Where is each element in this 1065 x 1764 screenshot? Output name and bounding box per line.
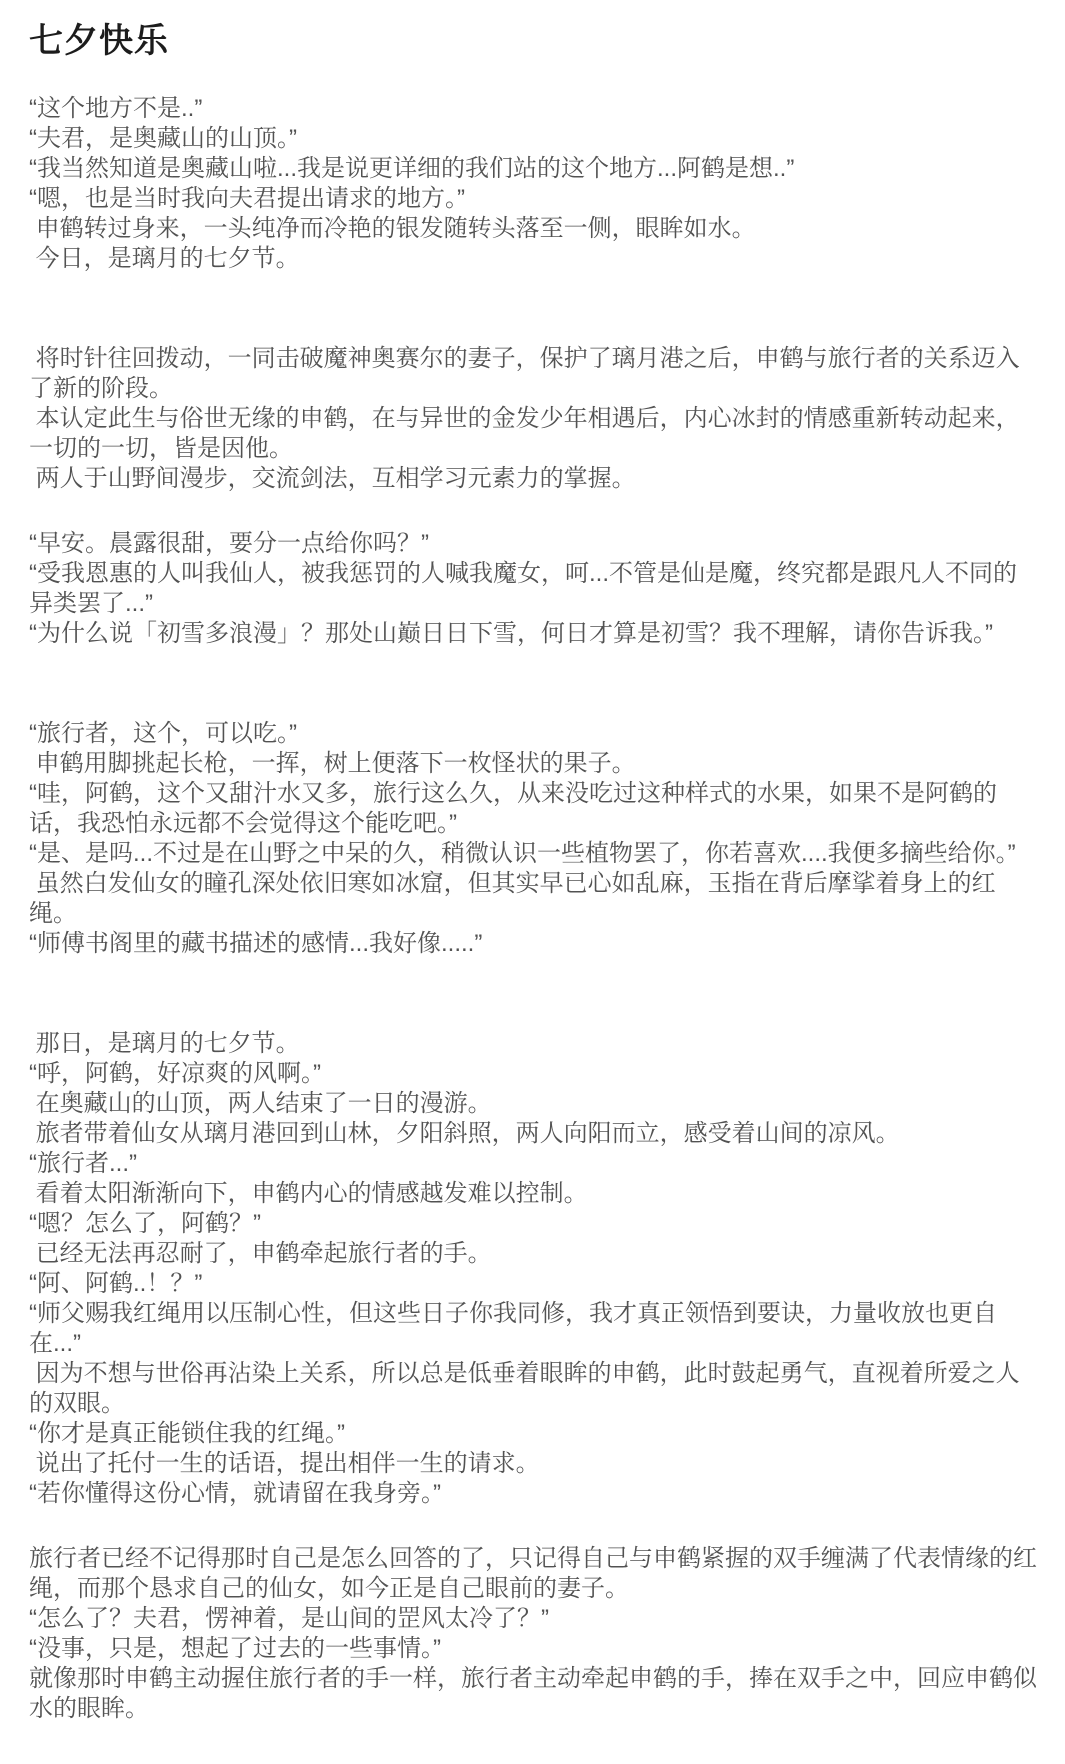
- story-body: “这个地方不是..”“夫君，是奥藏山的山顶。”“我当然知道是奥藏山啦...我是说…: [29, 94, 1037, 1724]
- story-line: “旅行者，这个，可以吃。”: [29, 719, 1037, 749]
- story-line: “你才是真正能锁住我的红绳。”: [29, 1419, 1037, 1449]
- story-line: “没事，只是，想起了过去的一些事情。”: [29, 1634, 1037, 1664]
- blank-line: [29, 494, 1037, 529]
- story-line: “若你懂得这份心情，就请留在我身旁。”: [29, 1479, 1037, 1509]
- story-line: “是、是吗...不过是在山野之中呆的久，稍微认识一些植物罢了，你若喜欢....我…: [29, 839, 1037, 869]
- story-line: “阿、阿鹤..！？”: [29, 1269, 1037, 1299]
- blank-line: [29, 309, 1037, 344]
- story-line: 在奥藏山的山顶，两人结束了一日的漫游。: [29, 1089, 1037, 1119]
- story-line: 旅行者已经不记得那时自己是怎么回答的了，只记得自己与申鹤紧握的双手缠满了代表情缘…: [29, 1544, 1037, 1604]
- story-line: “哇，阿鹤，这个又甜汁水又多，旅行这么久，从来没吃过这种样式的水果，如果不是阿鹤…: [29, 779, 1037, 839]
- story-line: 本认定此生与俗世无缘的申鹤，在与异世的金发少年相遇后，内心冰封的情感重新转动起来…: [29, 404, 1037, 464]
- blank-line: [29, 274, 1037, 309]
- document-content: 七夕快乐 “这个地方不是..”“夫君，是奥藏山的山顶。”“我当然知道是奥藏山啦.…: [0, 0, 1065, 1764]
- story-line: “旅行者...”: [29, 1149, 1037, 1179]
- story-line: “这个地方不是..”: [29, 94, 1037, 124]
- story-line: 因为不想与世俗再沾染上关系，所以总是低垂着眼眸的申鹤，此时鼓起勇气，直视着所爱之…: [29, 1359, 1037, 1419]
- story-line: 申鹤转过身来，一头纯净而冷艳的银发随转头落至一侧，眼眸如水。: [29, 214, 1037, 244]
- story-line: “受我恩惠的人叫我仙人，被我惩罚的人喊我魔女，呵...不管是仙是魔，终究都是跟凡…: [29, 559, 1037, 619]
- story-line: 虽然白发仙女的瞳孔深处依旧寒如冰窟，但其实早已心如乱麻，玉指在背后摩挲着身上的红…: [29, 869, 1037, 929]
- story-line: “师傅书阁里的藏书描述的感情...我好像.....”: [29, 929, 1037, 959]
- page: { "page": { "title": "七夕快乐", "title_colo…: [0, 0, 1065, 1764]
- blank-line: [29, 1509, 1037, 1544]
- page-title: 七夕快乐: [29, 22, 1037, 60]
- blank-line: [29, 684, 1037, 719]
- story-line: 说出了托付一生的话语，提出相伴一生的请求。: [29, 1449, 1037, 1479]
- story-line: “夫君，是奥藏山的山顶。”: [29, 124, 1037, 154]
- story-line: 已经无法再忍耐了，申鹤牵起旅行者的手。: [29, 1239, 1037, 1269]
- story-line: 那日，是璃月的七夕节。: [29, 1029, 1037, 1059]
- story-line: 今日，是璃月的七夕节。: [29, 244, 1037, 274]
- story-line: “嗯，也是当时我向夫君提出请求的地方。”: [29, 184, 1037, 214]
- story-line: “我当然知道是奥藏山啦...我是说更详细的我们站的这个地方...阿鹤是想..”: [29, 154, 1037, 184]
- story-line: “师父赐我红绳用以压制心性，但这些日子你我同修，我才真正领悟到要诀，力量收放也更…: [29, 1299, 1037, 1359]
- story-line: 旅者带着仙女从璃月港回到山林，夕阳斜照，两人向阳而立，感受着山间的凉风。: [29, 1119, 1037, 1149]
- story-line: “呼，阿鹤，好凉爽的风啊。”: [29, 1059, 1037, 1089]
- story-line: “嗯？怎么了，阿鹤？”: [29, 1209, 1037, 1239]
- story-line: 申鹤用脚挑起长枪，一挥，树上便落下一枚怪状的果子。: [29, 749, 1037, 779]
- story-line: “早安。晨露很甜，要分一点给你吗？”: [29, 529, 1037, 559]
- blank-line: [29, 994, 1037, 1029]
- story-line: 看着太阳渐渐向下，申鹤内心的情感越发难以控制。: [29, 1179, 1037, 1209]
- story-line: 就像那时申鹤主动握住旅行者的手一样，旅行者主动牵起申鹤的手，捧在双手之中，回应申…: [29, 1664, 1037, 1724]
- blank-line: [29, 959, 1037, 994]
- blank-line: [29, 649, 1037, 684]
- story-line: “为什么说「初雪多浪漫」？那处山巅日日下雪，何日才算是初雪？我不理解，请你告诉我…: [29, 619, 1037, 649]
- story-line: “怎么了？夫君，愣神着，是山间的罡风太冷了？”: [29, 1604, 1037, 1634]
- story-line: 将时针往回拨动，一同击破魔神奥赛尔的妻子，保护了璃月港之后，申鹤与旅行者的关系迈…: [29, 344, 1037, 404]
- story-line: 两人于山野间漫步，交流剑法，互相学习元素力的掌握。: [29, 464, 1037, 494]
